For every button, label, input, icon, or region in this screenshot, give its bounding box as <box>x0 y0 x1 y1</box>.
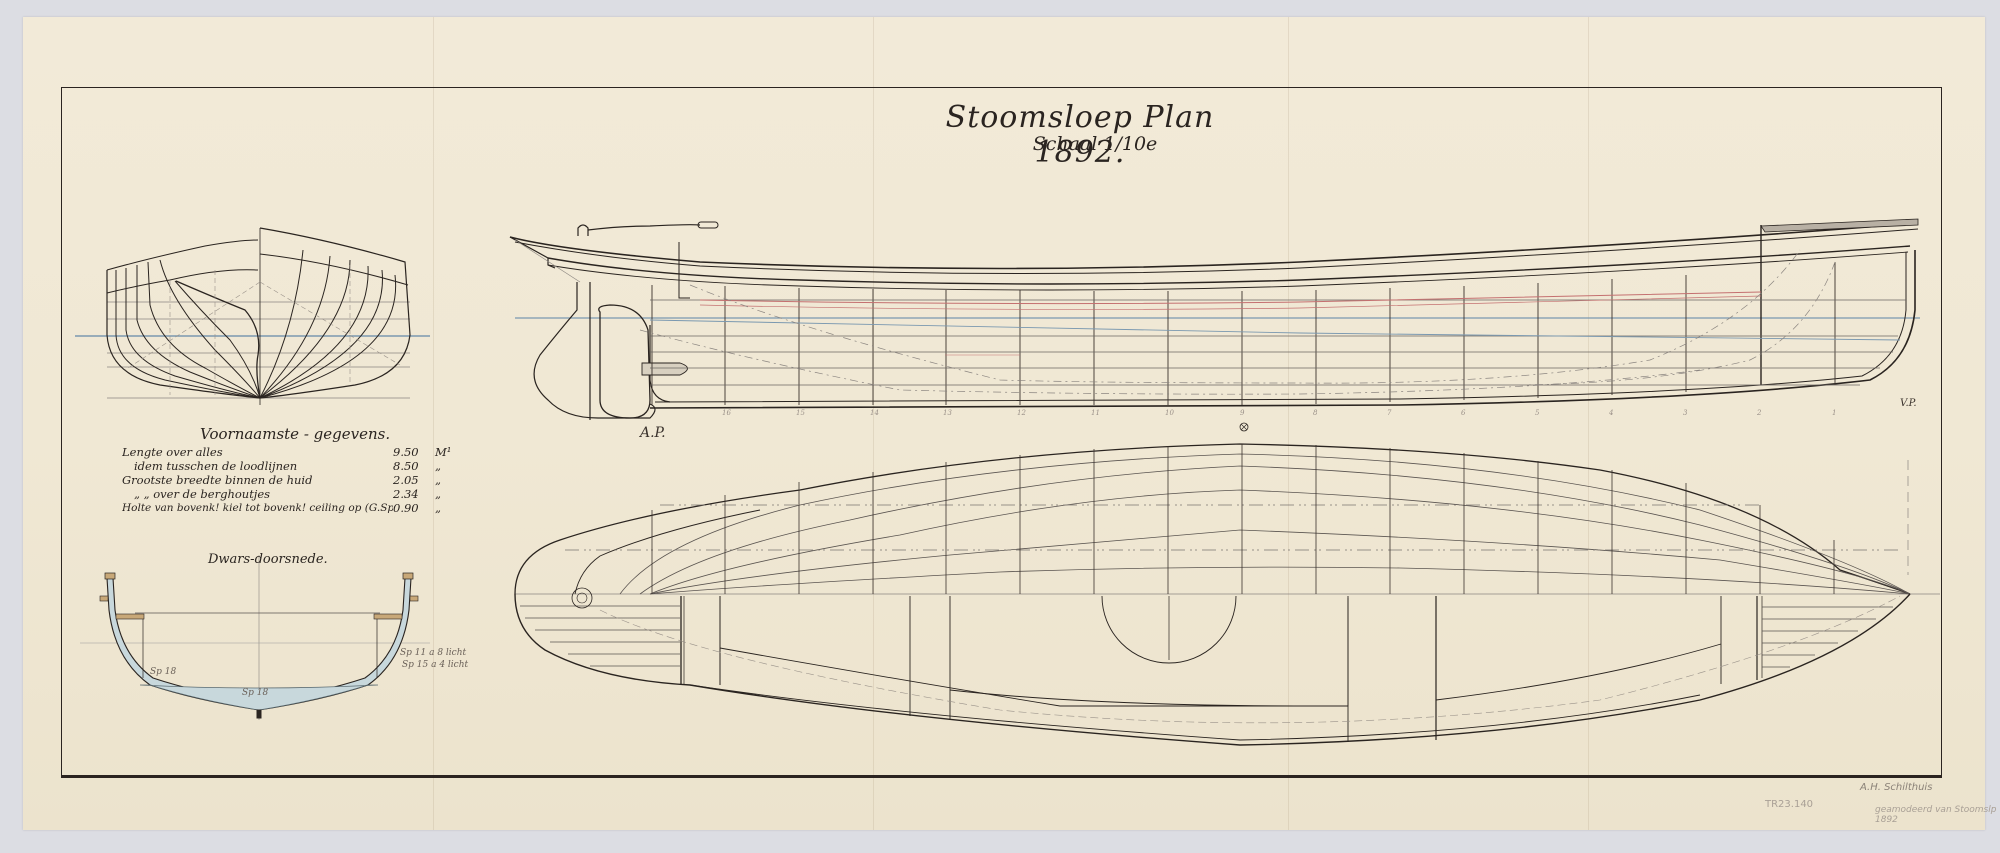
fore-perpendicular-label: V.P. <box>1900 398 1917 409</box>
station-number: 8 <box>1313 409 1317 417</box>
station-number: 5 <box>1535 409 1539 417</box>
station-number: 9 <box>1240 409 1244 417</box>
spec-row: „ „ over de berghoutjes 2.34 „ <box>122 487 457 501</box>
spec-value: 8.50 <box>393 459 435 473</box>
station-number: 10 <box>1165 409 1174 417</box>
body-plan-view <box>75 228 430 405</box>
spec-row: Grootste breedte binnen de huid 2.05 „ <box>122 473 457 487</box>
cross-section-annotation: Sp 15 a 4 licht <box>402 660 468 670</box>
station-number: 14 <box>870 409 879 417</box>
spec-label: idem tusschen de loodlijnen <box>122 459 393 473</box>
spec-unit: „ <box>435 459 457 473</box>
station-number: 13 <box>943 409 952 417</box>
spec-unit: „ <box>435 501 457 515</box>
spec-unit: „ <box>435 473 457 487</box>
spec-unit: „ <box>435 487 457 501</box>
spec-value: 0.90 <box>393 501 435 515</box>
station-number: 7 <box>1387 409 1391 417</box>
archive-note: geamodeerd van Stoomslp 1892 <box>1875 805 2000 825</box>
spec-row: Holte van bovenk! kiel tot bovenk! ceili… <box>122 501 457 515</box>
spec-value: 2.05 <box>393 473 435 487</box>
profile-view <box>510 219 1920 431</box>
signature: A.H. Schilthuis <box>1860 782 1932 793</box>
spec-row: idem tusschen de loodlijnen 8.50 „ <box>122 459 457 473</box>
spec-label: Lengte over alles <box>122 445 393 459</box>
station-number: 4 <box>1609 409 1613 417</box>
spec-value: 2.34 <box>393 487 435 501</box>
spec-value: 9.50 <box>393 445 435 459</box>
spec-unit: M¹ <box>435 445 457 459</box>
spec-label: Holte van bovenk! kiel tot bovenk! ceili… <box>122 501 393 515</box>
spec-label: Grootste breedte binnen de huid <box>122 473 393 487</box>
specifications-table: Lengte over alles 9.50 M¹ idem tusschen … <box>122 445 457 515</box>
station-number: 3 <box>1683 409 1687 417</box>
aft-perpendicular-label: A.P. <box>640 425 666 441</box>
station-number: 15 <box>796 409 805 417</box>
station-number: 6 <box>1461 409 1465 417</box>
station-number: 11 <box>1091 409 1100 417</box>
cross-section-annotation: Sp 11 a 8 licht <box>400 648 466 658</box>
cross-section-annotation: Sp 18 <box>150 667 176 677</box>
specifications-heading: Voornaamste - gegevens. <box>200 425 390 443</box>
half-breadth-view <box>515 444 1940 745</box>
spec-row: Lengte over alles 9.50 M¹ <box>122 445 457 459</box>
cross-section-heading: Dwars-doorsnede. <box>208 552 328 567</box>
station-number: 12 <box>1017 409 1026 417</box>
spec-label: „ „ over de berghoutjes <box>122 487 393 501</box>
catalog-number: TR23.140 <box>1765 799 1813 810</box>
station-number: 1 <box>1832 409 1836 417</box>
cross-section-annotation: Sp 18 <box>242 688 268 698</box>
station-number: 16 <box>722 409 731 417</box>
station-number: 2 <box>1757 409 1761 417</box>
